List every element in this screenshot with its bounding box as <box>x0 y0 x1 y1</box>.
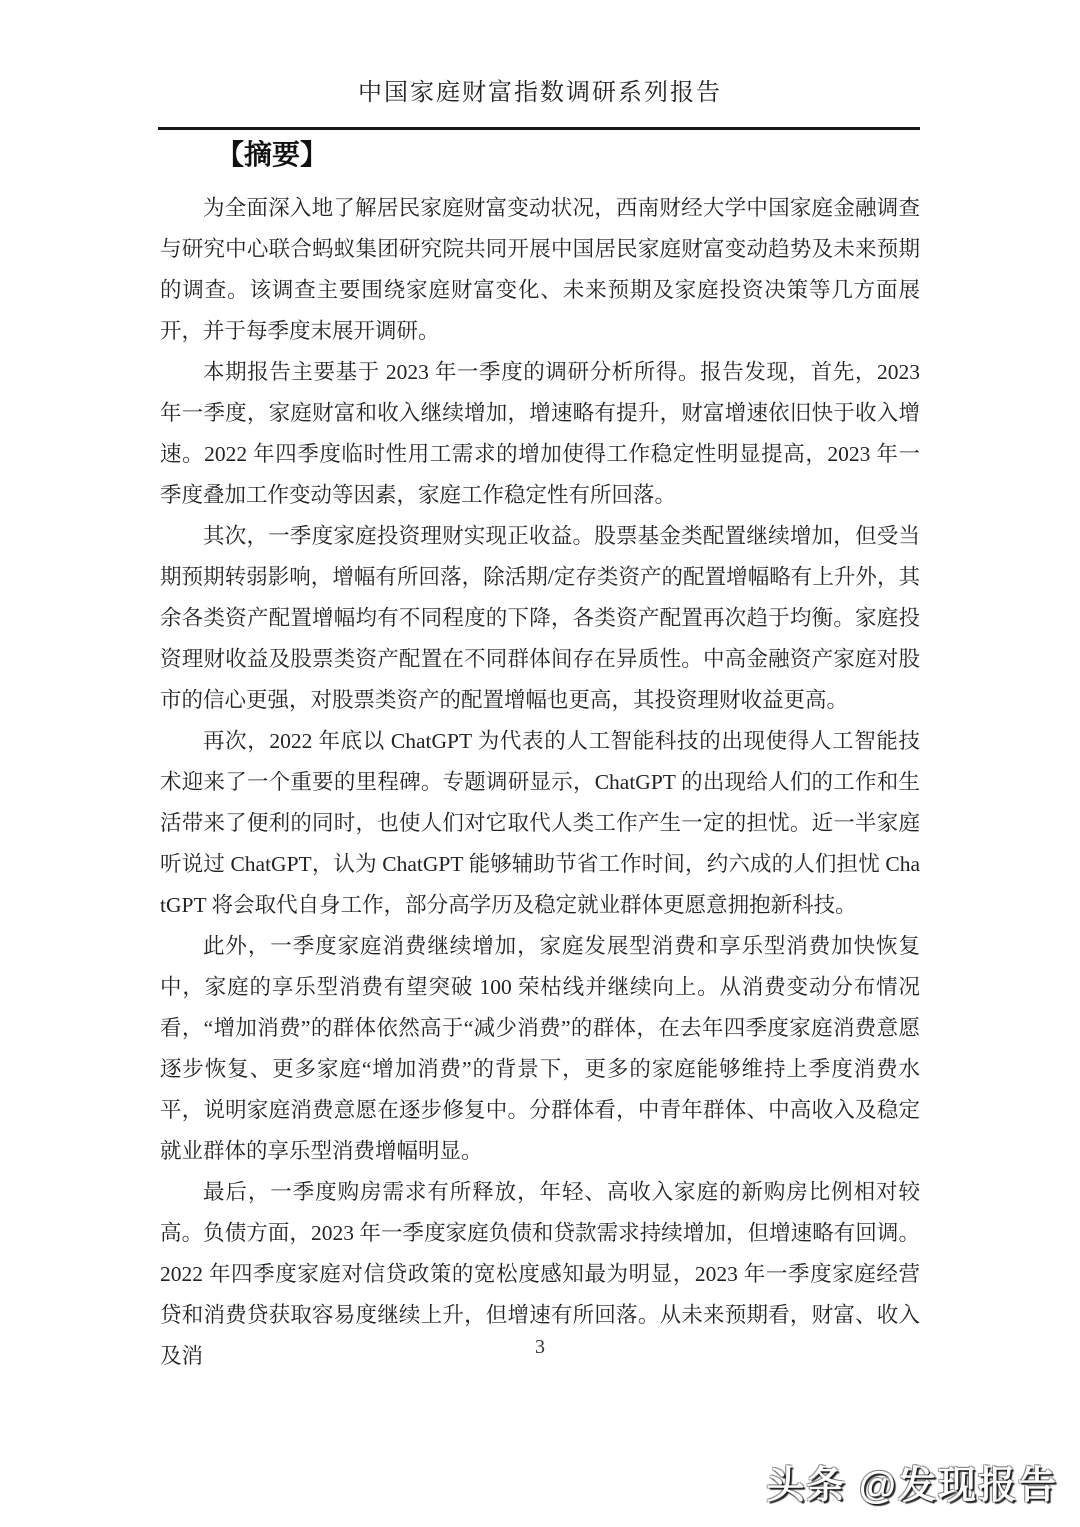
header-divider <box>158 127 920 130</box>
watermark-toutiao-faxianbaogao: 头条 @发现报告 <box>766 1454 1058 1509</box>
page-number: 3 <box>0 1336 1080 1359</box>
paragraph-investment: 其次，一季度家庭投资理财实现正收益。股票基金类配置继续增加，但受当期预期转弱影响… <box>160 516 920 721</box>
page-body: 【摘要】 为全面深入地了解居民家庭财富变动状况，西南财经大学中国家庭金融调查与研… <box>160 138 920 1377</box>
paragraph-chatgpt: 再次，2022 年底以 ChatGPT 为代表的人工智能科技的出现使得人工智能技… <box>160 721 920 926</box>
page-header: 中国家庭财富指数调研系列报告 <box>0 0 1080 130</box>
paragraph-consumption: 此外，一季度家庭消费继续增加，家庭发展型消费和享乐型消费加快恢复中，家庭的享乐型… <box>160 926 920 1172</box>
paragraph-wealth-income: 本期报告主要基于 2023 年一季度的调研分析所得。报告发现，首先，2023 年… <box>160 352 920 516</box>
abstract-text: 为全面深入地了解居民家庭财富变动状况，西南财经大学中国家庭金融调查与研究中心联合… <box>160 188 920 1377</box>
report-page: 中国家庭财富指数调研系列报告 【摘要】 为全面深入地了解居民家庭财富变动状况，西… <box>0 0 1080 1527</box>
abstract-heading: 【摘要】 <box>160 138 920 174</box>
paragraph-intro: 为全面深入地了解居民家庭财富变动状况，西南财经大学中国家庭金融调查与研究中心联合… <box>160 188 920 352</box>
report-series-title: 中国家庭财富指数调研系列报告 <box>0 72 1080 107</box>
